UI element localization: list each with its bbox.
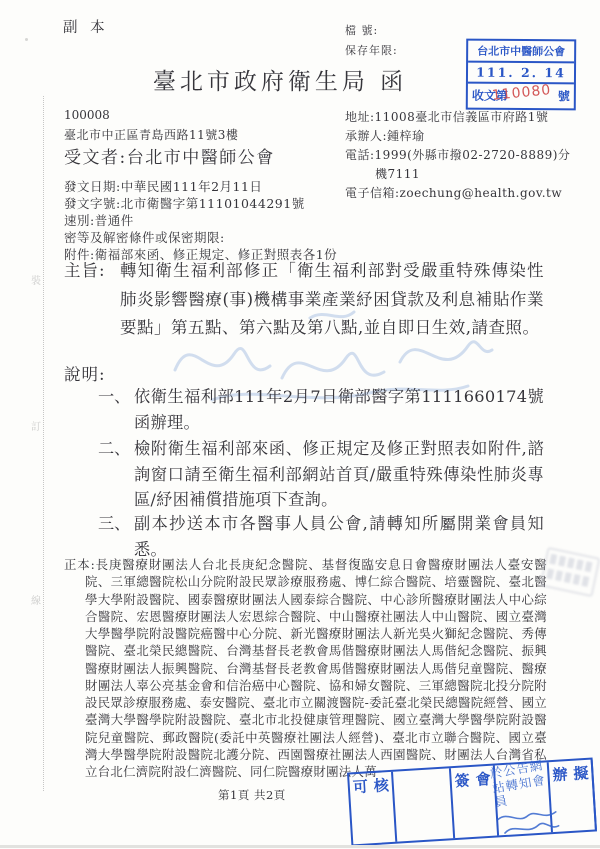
binding-mark-ding: 訂 — [31, 418, 41, 433]
original-copy-label: 正本: — [64, 557, 95, 572]
original-copy-list: 長庚醫療財團法人台北長庚紀念醫院、基督復臨安息日會醫療財團法人臺安醫院、三軍總醫… — [85, 557, 547, 779]
signature-stroke — [400, 342, 492, 362]
contact-block: 地址:11008臺北市信義區市府路1號 承辦人:鍾梓瑜 電話:1999(外縣市撥… — [345, 108, 581, 203]
item-text: 檢附衛生福利部來函、修正規定及修正對照表如附件,諮詢窗口請至衛生福利部網站首頁/… — [134, 436, 544, 513]
signature-stroke — [175, 348, 270, 370]
binding-mark-xian: 線 — [31, 592, 41, 607]
receipt-suffix: 號 — [558, 87, 570, 104]
explanation-label: 說明: — [64, 361, 106, 385]
scan-edge — [0, 845, 600, 848]
contact-phone-row: 電話:1999(外縣市撥02-2720-8889)分機7111 — [345, 146, 581, 184]
recipient-name: 台北市中醫師公會 — [127, 148, 275, 168]
approval-cell-handwriting: 於公告網站轉知會員 — [495, 762, 553, 835]
page-number: 第1頁 共2頁 — [218, 787, 286, 803]
meta-issue-date: 發文日期:中華民國111年2月11日 — [64, 178, 337, 195]
approve-label: 核可 — [349, 772, 395, 844]
approval-cell-approve: 核可 — [349, 772, 397, 845]
contact-address-row: 地址:11008臺北市信義區市府路1號 — [345, 108, 581, 127]
file-number-label: 檔 號: — [345, 22, 378, 38]
subject-text: 轉知衛生福利部修正「衛生福利部對受嚴重特殊傳染性肺炎影響醫療(事)機構事業產業紓… — [120, 257, 544, 343]
subject-block: 主旨: 轉知衛生福利部修正「衛生福利部對受嚴重特殊傳染性肺炎影響醫療(事)機構事… — [64, 257, 544, 343]
bleedthrough-line — [546, 568, 591, 587]
contact-officer-row: 承辦人:鍾梓瑜 — [345, 127, 581, 146]
contact-email-row: 電子信箱:zoechung@health.gov.tw — [345, 184, 581, 203]
explanation-item-1: 一、 依衛生福利部111年2月7日衛部醫字第1111660174號函辦理。 — [98, 384, 544, 435]
explanation-item-2: 二、 檢附衛生福利部來函、修正規定及修正對照表如附件,諮詢窗口請至衛生福利部網站… — [98, 436, 544, 513]
binding-mark-zhuang: 裝 — [31, 272, 41, 287]
item-number: 二、 — [98, 436, 134, 513]
scan-speck — [25, 38, 28, 41]
handwritten-note: 於公告網站轉知會員 — [489, 757, 555, 810]
item-text: 副本抄送本市各醫事人員公會,請轉知所屬開業會員知悉。 — [134, 511, 544, 562]
contact-officer-value: 鍾梓瑜 — [387, 129, 425, 143]
item-number: 三、 — [98, 511, 134, 562]
item-number: 一、 — [98, 384, 134, 435]
signature-stroke — [282, 353, 384, 378]
receive-stamp: 台北市中醫師公會 111. 2. 14 收文第 號 110080 — [466, 39, 576, 111]
scanned-official-letter: 裝 訂 線 副 本 檔 號: 保存年限: 臺北市政府衛生局 函 台北市中醫師公會… — [0, 0, 600, 849]
contact-address-value: 11008臺北市信義區市府路1號 — [375, 110, 549, 124]
explanation-item-3: 三、 副本抄送本市各醫事人員公會,請轉知所屬開業會員知悉。 — [98, 511, 544, 562]
recipient-label: 受文者: — [64, 148, 127, 168]
receive-stamp-date: 111. 2. 14 — [468, 63, 574, 85]
approval-stamp: 核可 會簽 於公告網站轉知會員 擬辦 — [347, 758, 597, 847]
subject-label: 主旨: — [64, 257, 120, 343]
contact-officer-label: 承辦人: — [345, 129, 387, 143]
contact-email-value: zoechung@health.gov.tw — [400, 186, 563, 200]
contact-phone-value: 1999(外縣市撥02-2720-8889)分機7111 — [375, 148, 571, 181]
bleedthrough-stamp — [539, 547, 600, 597]
binding-dotted-line — [43, 96, 44, 791]
contact-email-label: 電子信箱: — [345, 186, 400, 200]
item-text: 依衛生福利部111年2月7日衛部醫字第1111660174號函辦理。 — [134, 384, 544, 435]
original-copy-block: 正本:長庚醫療財團法人台北長庚紀念醫院、基督復臨安息日會醫療財團法人臺安醫院、三… — [64, 556, 547, 780]
recipient-address: 臺北市中正區青島西路11號3樓 — [64, 126, 238, 143]
contact-phone-label: 電話: — [345, 148, 375, 162]
receive-stamp-org: 台北市中醫師公會 — [468, 41, 574, 64]
squiggle-stroke — [505, 822, 559, 833]
meta-block: 發文日期:中華民國111年2月11日 發文字號:北市衛醫字第1110104429… — [64, 178, 337, 263]
recipient-line: 受文者:台北市中醫師公會 — [64, 143, 275, 168]
approval-cell-blank-1 — [393, 768, 455, 841]
squiggle-stroke — [498, 812, 556, 820]
copy-label: 副 本 — [63, 16, 109, 37]
meta-speed: 速別:普通件 — [64, 212, 337, 229]
handwritten-signature-squiggle — [492, 806, 564, 844]
contact-address-label: 地址: — [345, 110, 375, 124]
meta-secrecy: 密等及解密條件或保密期限: — [64, 229, 337, 246]
meta-doc-number: 發文字號:北市衛醫字第11101044291號 — [64, 195, 337, 212]
retention-period-label: 保存年限: — [345, 42, 398, 58]
recipient-zip: 100008 — [64, 108, 110, 122]
